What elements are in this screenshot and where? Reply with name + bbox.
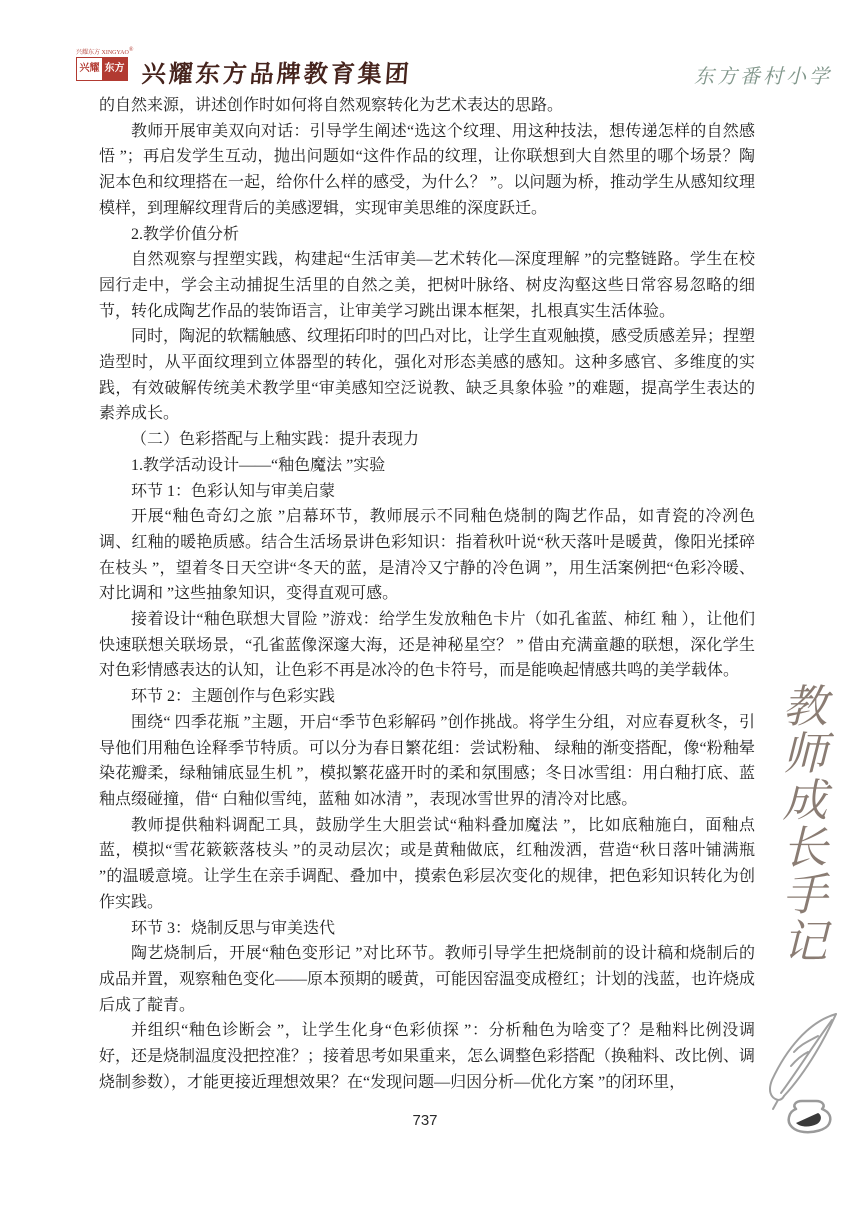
- logo-top-text: 兴耀东方 XINGYAO: [76, 50, 129, 56]
- school-name: 东方番村小学: [694, 60, 832, 89]
- section-heading: 环节 3：烧制反思与审美迭代: [99, 916, 755, 942]
- section-heading: （二）色彩搭配与上釉实践：提升表现力: [99, 427, 755, 453]
- section-heading: 1.教学活动设计——“釉色魔法 ”实验: [99, 453, 755, 479]
- body-paragraph: 自然观察与捏塑实践，构建起“生活审美—艺术转化—深度理解 ”的完整链路。学生在校…: [99, 247, 755, 324]
- seal-left-chars: 兴耀: [77, 58, 102, 80]
- body-paragraph: 教师提供釉料调配工具，鼓励学生大胆尝试“釉料叠加魔法 ”，比如底釉施白，面釉点蓝…: [99, 813, 755, 916]
- section-heading: 环节 1：色彩认知与审美启蒙: [99, 479, 755, 505]
- page-number: 737: [0, 1112, 850, 1129]
- brand-logo-seal: 兴耀东方 XINGYAO® 兴耀 东方: [76, 47, 136, 81]
- body-paragraph: 接着设计“釉色联想大冒险 ”游戏：给学生发放釉色卡片（如孔雀蓝、柿红 釉 ），让…: [99, 607, 755, 684]
- seal-box: 兴耀 东方: [76, 57, 128, 81]
- document-body: 的自然来源，讲述创作时如何将自然观察转化为艺术表达的思路。 教师开展审美双向对话…: [99, 93, 755, 1095]
- section-heading: 环节 2：主题创作与色彩实践: [99, 684, 755, 710]
- body-paragraph: 并组织“釉色诊断会 ”，让学生化身“色彩侦探 ”：分析釉色为啥变了？是釉料比例没…: [99, 1018, 755, 1095]
- body-paragraph: 围绕“ 四季花瓶 ”主题，开启“季节色彩解码 ”创作挑战。将学生分组，对应春夏秋…: [99, 710, 755, 813]
- body-paragraph: 的自然来源，讲述创作时如何将自然观察转化为艺术表达的思路。: [99, 93, 755, 119]
- body-paragraph: 开展“釉色奇幻之旅 ”启幕环节，教师展示不同釉色烧制的陶艺作品，如青瓷的冷冽色调…: [99, 504, 755, 607]
- logo-top-text-row: 兴耀东方 XINGYAO®: [76, 47, 136, 57]
- registered-mark-icon: ®: [129, 47, 134, 53]
- section-heading: 2.教学价值分析: [99, 222, 755, 248]
- brand-title: 兴耀东方品牌教育集团: [141, 54, 413, 89]
- seal-right-chars: 东方: [102, 58, 127, 80]
- body-paragraph: 陶艺烧制后，开展“釉色变形记 ”对比环节。教师引导学生把烧制前的设计稿和烧制后的…: [99, 941, 755, 1018]
- vertical-calligraphy-title: 教师成长手记: [779, 684, 831, 966]
- body-paragraph: 教师开展审美双向对话：引导学生阐述“选这个纹理、用这种技法，想传递怎样的自然感悟…: [99, 119, 755, 222]
- body-paragraph: 同时，陶泥的软糯触感、纹理拓印时的凹凸对比，让学生直观触摸，感受质感差异；捏塑造…: [99, 324, 755, 427]
- document-page: 兴耀东方 XINGYAO® 兴耀 东方 兴耀东方品牌教育集团 东方番村小学 的自…: [0, 0, 850, 1205]
